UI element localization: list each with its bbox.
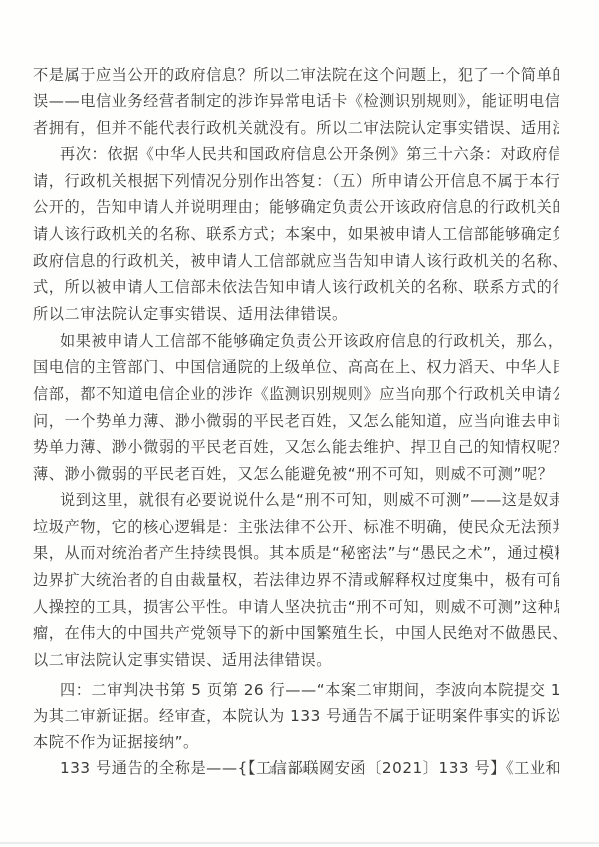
paragraph-line: 者拥有，但并不能代表行政机关就没有。所以二审法院认定事实错误、适用法律错误。: [33, 117, 559, 139]
paragraph-line: 信部，都不知道电信企业的涉诈《监测识别规则》应当向那个行政机关申请公开.那么请: [33, 383, 559, 405]
paragraph-line: 人操控的工具，损害公平性。申请人坚决抗击“刑不可知，则威不可测”这种思想毒: [33, 596, 559, 618]
paragraph-line: 势单力薄、渺小微弱的平民老百姓，又怎么能去维护、捍卫自己的知情权呢？势单力: [33, 436, 559, 458]
paragraph-line: 为其二审新证据。经审查，本院认为 133 号通告不属于证明案件事实的诉讼证据范畴…: [33, 705, 559, 727]
page-number-footer: 第 4 页 共 9 页: [0, 764, 599, 776]
paragraph-line: 所以二审法院认定事实错误、适用法律错误。: [33, 303, 559, 325]
paragraph-line: 问，一个势单力薄、渺小微弱的平民老百姓，又怎么能知道，应当向谁去申请公开呢？: [33, 410, 559, 432]
paragraph-line: 请人该行政机关的名称、联系方式；本案中，如果被申请人工信部能够确定负责公开该: [33, 223, 559, 245]
paragraph-line: 本院不作为证据接纳”。: [33, 731, 559, 753]
paragraph-line: 政府信息的行政机关，被申请人工信部就应当告知申请人该行政机关的名称、联系方: [33, 250, 559, 272]
paragraph-line: 垃圾产物，它的核心逻辑是：主张法律不公开、标准不明确，使民众无法预判行为后: [33, 516, 559, 538]
paragraph-first-line: 说到这里，就很有必要说说什么是“刑不可知，则威不可测”——这是奴隶社会的: [60, 489, 559, 511]
paragraph-line: 边界扩大统治者的自由裁量权，若法律边界不清或解释权过度集中，极有可能沦为少数: [33, 569, 559, 591]
paragraph-first-line: 如果被申请人工信部不能够确定负责公开该政府信息的行政机关，那么，既然连中: [60, 330, 559, 352]
paragraph-line: 式，所以被申请人工信部未依法告知申请人该行政机关的名称、联系方式的行为违法，: [33, 276, 559, 298]
paragraph-line: 薄、渺小微弱的平民老百姓，又怎么能避免被“刑不可知，则威不可测”呢？: [33, 463, 559, 485]
paragraph-first-line: 再次：依据《中华人民共和国政府信息公开条例》第三十六条：对政府信息公开申: [60, 143, 559, 165]
paragraph-line: 不是属于应当公开的政府信息？所以二审法院在这个问题上，犯了一个简单的逻辑错: [33, 64, 559, 86]
paragraph-line: 请，行政机关根据下列情况分别作出答复：（五）所申请公开信息不属于本行政机关负责: [33, 170, 559, 192]
document-page: 不是属于应当公开的政府信息？所以二审法院在这个问题上，犯了一个简单的逻辑错误——…: [0, 0, 599, 847]
paragraph-first-line: 四：二审判决书第 5 页第 26 行——“本案二审期间，李波向本院提交 133 …: [60, 679, 559, 701]
paragraph-line: 以二审法院认定事实错误、适用法律错误。: [33, 649, 559, 671]
page-bottom-edge: [0, 842, 599, 844]
paragraph-line: 误——电信业务经营者制定的涉诈异常电话卡《检测识别规则》，能证明电信业务经营: [33, 90, 559, 112]
paragraph-line: 果，从而对统治者产生持续畏惧。其本质是“秘密法”与“愚民之术”，通过模糊法律: [33, 542, 559, 564]
paragraph-line: 公开的，告知申请人并说明理由；能够确定负责公开该政府信息的行政机关的，告知申: [33, 196, 559, 218]
paragraph-line: 瘤，在伟大的中国共产党领导下的新中国繁殖生长，中国人民绝对不做愚民、顺民。所: [33, 622, 559, 644]
paragraph-line: 国电信的主管部门、中国信通院的上级单位、高高在上、权力滔天、中华人民共和国工: [33, 356, 559, 378]
